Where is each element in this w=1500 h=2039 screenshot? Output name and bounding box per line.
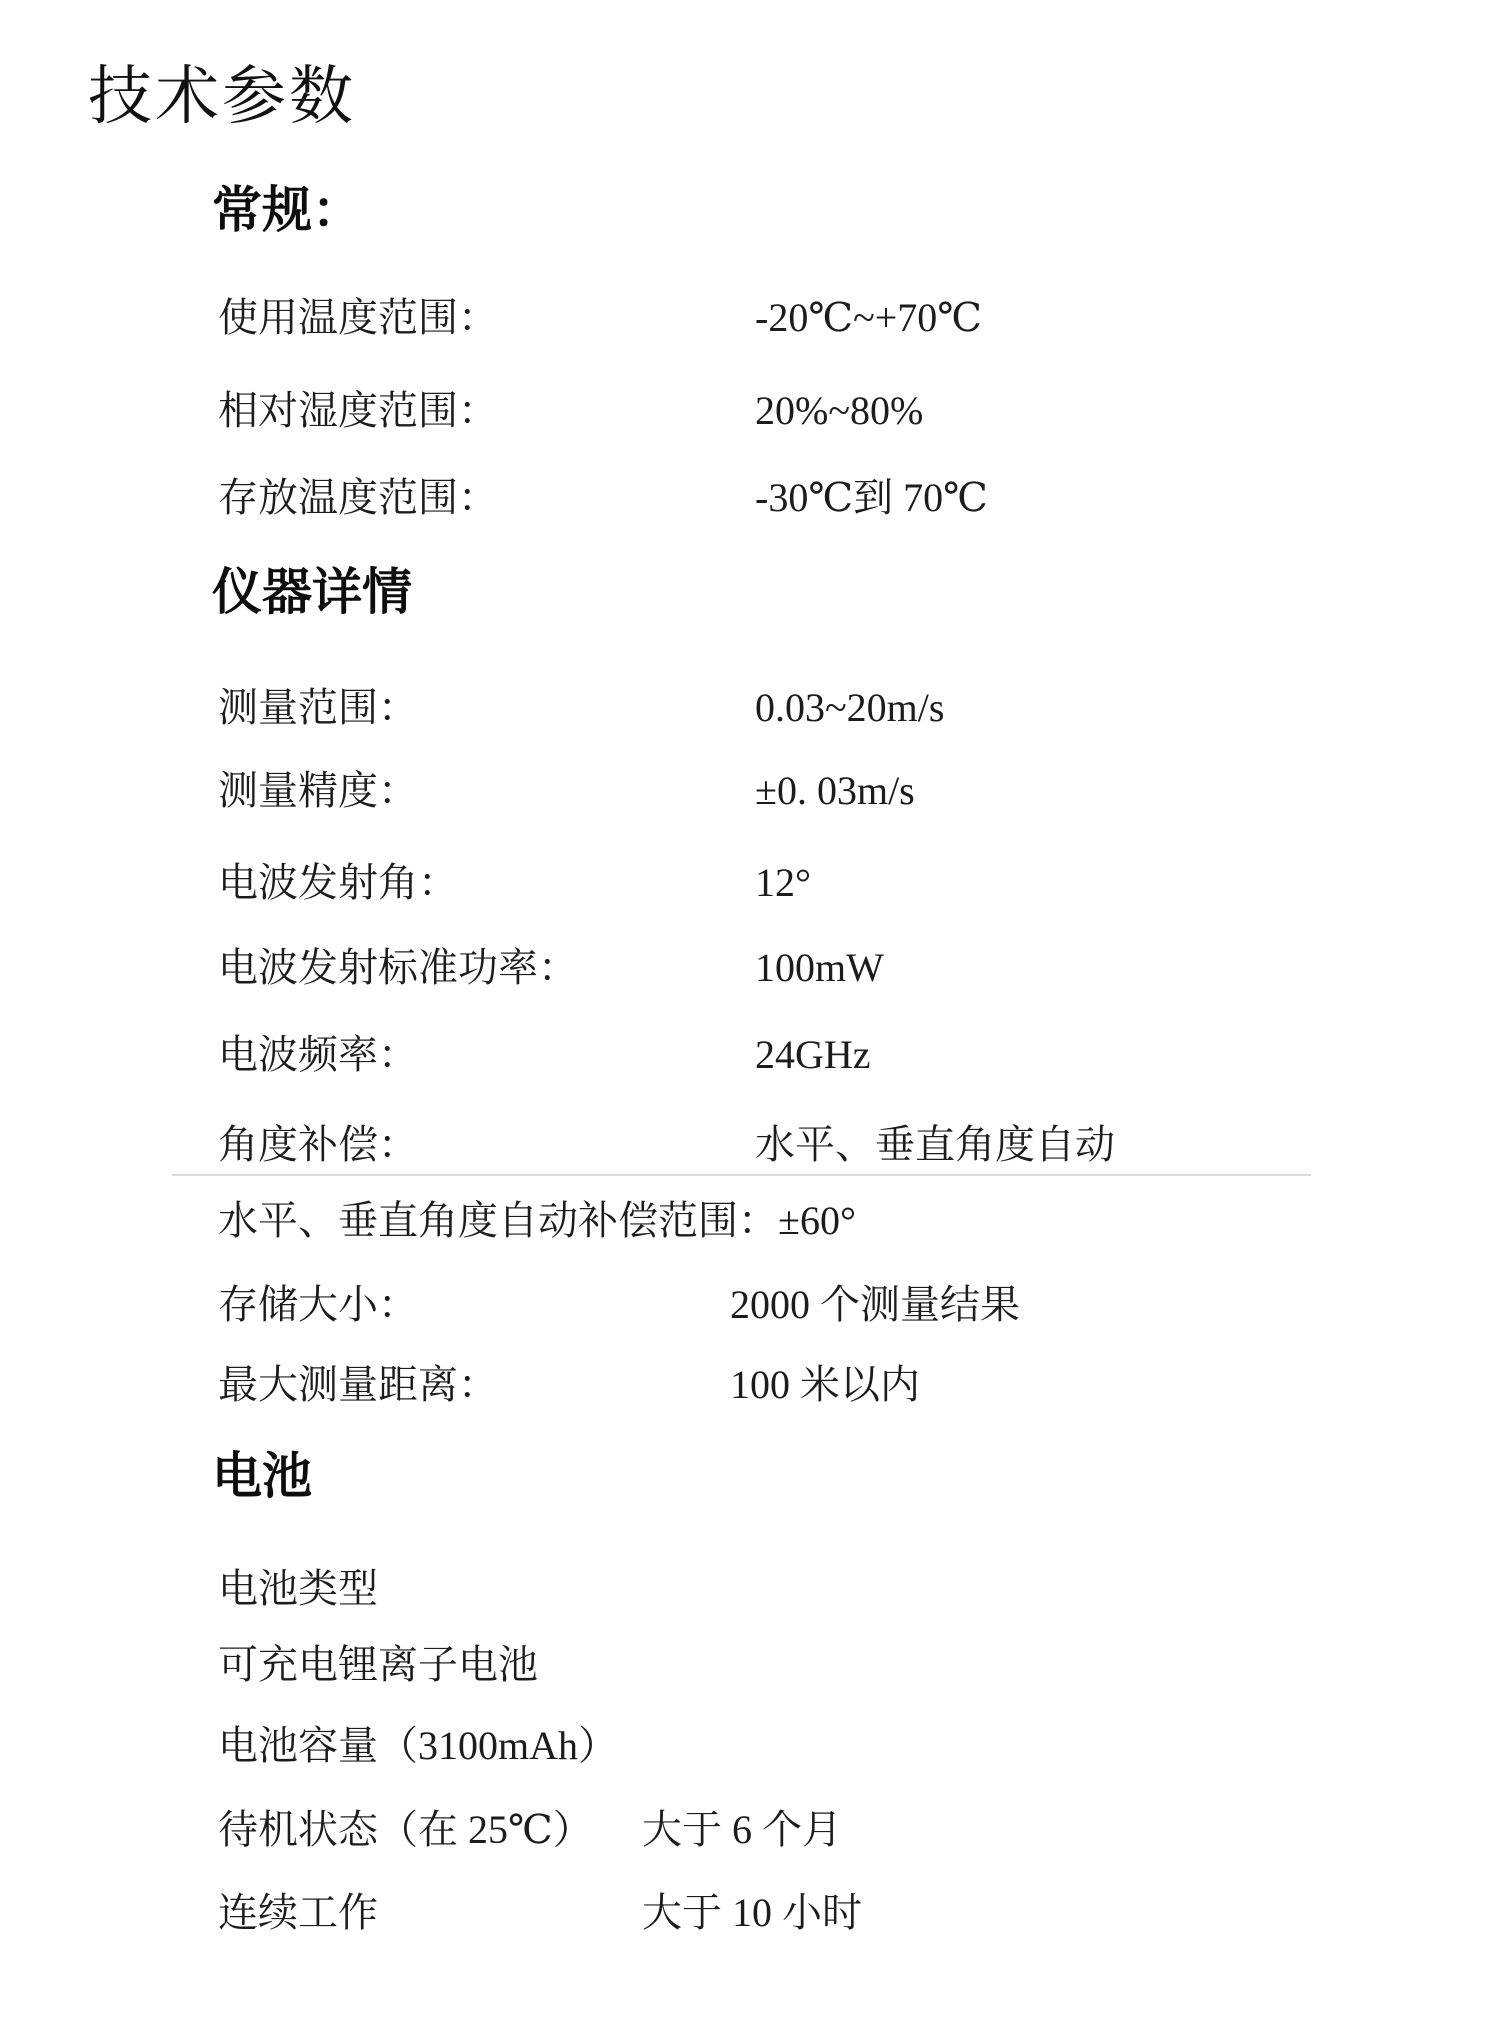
spec-row: 连续工作 大于 10 小时 [218,1890,1440,1936]
spec-value: -20℃~+70℃ [755,295,982,341]
spec-value: 20%~80% [755,388,923,434]
spec-row: 测量精度： ±0. 03m/s [218,768,1440,814]
spec-label: 存放温度范围： [218,475,498,521]
section-heading-instrument: 仪器详情 [212,564,412,622]
spec-row: 存储大小： 2000 个测量结果 [218,1282,1440,1328]
spec-row: 相对湿度范围： 20%~80% [218,388,1440,434]
spec-row: 使用温度范围： -20℃~+70℃ [218,295,1440,341]
page-title: 技术参数 [88,58,356,135]
spec-row: 待机状态（在 25℃） 大于 6 个月 [218,1807,1440,1853]
spec-row: 测量范围： 0.03~20m/s [218,685,1440,731]
spec-value: 大于 6 个月 [642,1807,842,1853]
spec-value: 100 米以内 [730,1362,920,1408]
spec-label: 连续工作 [218,1890,378,1936]
battery-line: 电池类型 [218,1566,378,1612]
spec-row: 电波发射标准功率： 100mW [218,945,1440,991]
spec-row: 电波频率： 24GHz [218,1032,1440,1078]
spec-document-page: 技术参数 常规： 使用温度范围： -20℃~+70℃ 相对湿度范围： 20%~8… [0,0,1500,2039]
spec-label: 待机状态（在 25℃） [218,1807,593,1853]
spec-label: 测量范围： [218,685,418,731]
spec-value: 12° [755,860,811,906]
spec-label: 相对湿度范围： [218,388,498,434]
spec-label: 电波发射角： [218,860,458,906]
spec-label: 测量精度： [218,768,418,814]
spec-label: 存储大小： [218,1282,418,1328]
spec-value: ±0. 03m/s [755,768,915,814]
spec-row: 存放温度范围： -30℃到 70℃ [218,475,1440,521]
spec-label: 使用温度范围： [218,295,498,341]
spec-value: 水平、垂直角度自动 [755,1122,1115,1168]
spec-value: -30℃到 70℃ [755,475,988,521]
section-heading-battery: 电池 [212,1448,312,1506]
spec-row: 角度补偿： 水平、垂直角度自动 [218,1122,1440,1168]
battery-line: 可充电锂离子电池 [218,1642,538,1688]
spec-value: 大于 10 小时 [642,1890,862,1936]
spec-row: 电波发射角： 12° [218,860,1440,906]
page-break-divider [172,1174,1311,1176]
spec-value: 2000 个测量结果 [730,1282,1020,1328]
spec-label: 电波发射标准功率： [218,945,578,991]
spec-label: 最大测量距离： [218,1362,498,1408]
spec-continuation-line: 水平、垂直角度自动补偿范围：±60° [218,1198,856,1244]
spec-label: 角度补偿： [218,1122,418,1168]
spec-value: 24GHz [755,1032,871,1078]
spec-label: 电波频率： [218,1032,418,1078]
section-heading-general: 常规： [212,182,362,240]
spec-row: 最大测量距离： 100 米以内 [218,1362,1440,1408]
battery-line: 电池容量（3100mAh） [218,1723,618,1769]
spec-value: 0.03~20m/s [755,685,944,731]
spec-value: 100mW [755,945,884,991]
